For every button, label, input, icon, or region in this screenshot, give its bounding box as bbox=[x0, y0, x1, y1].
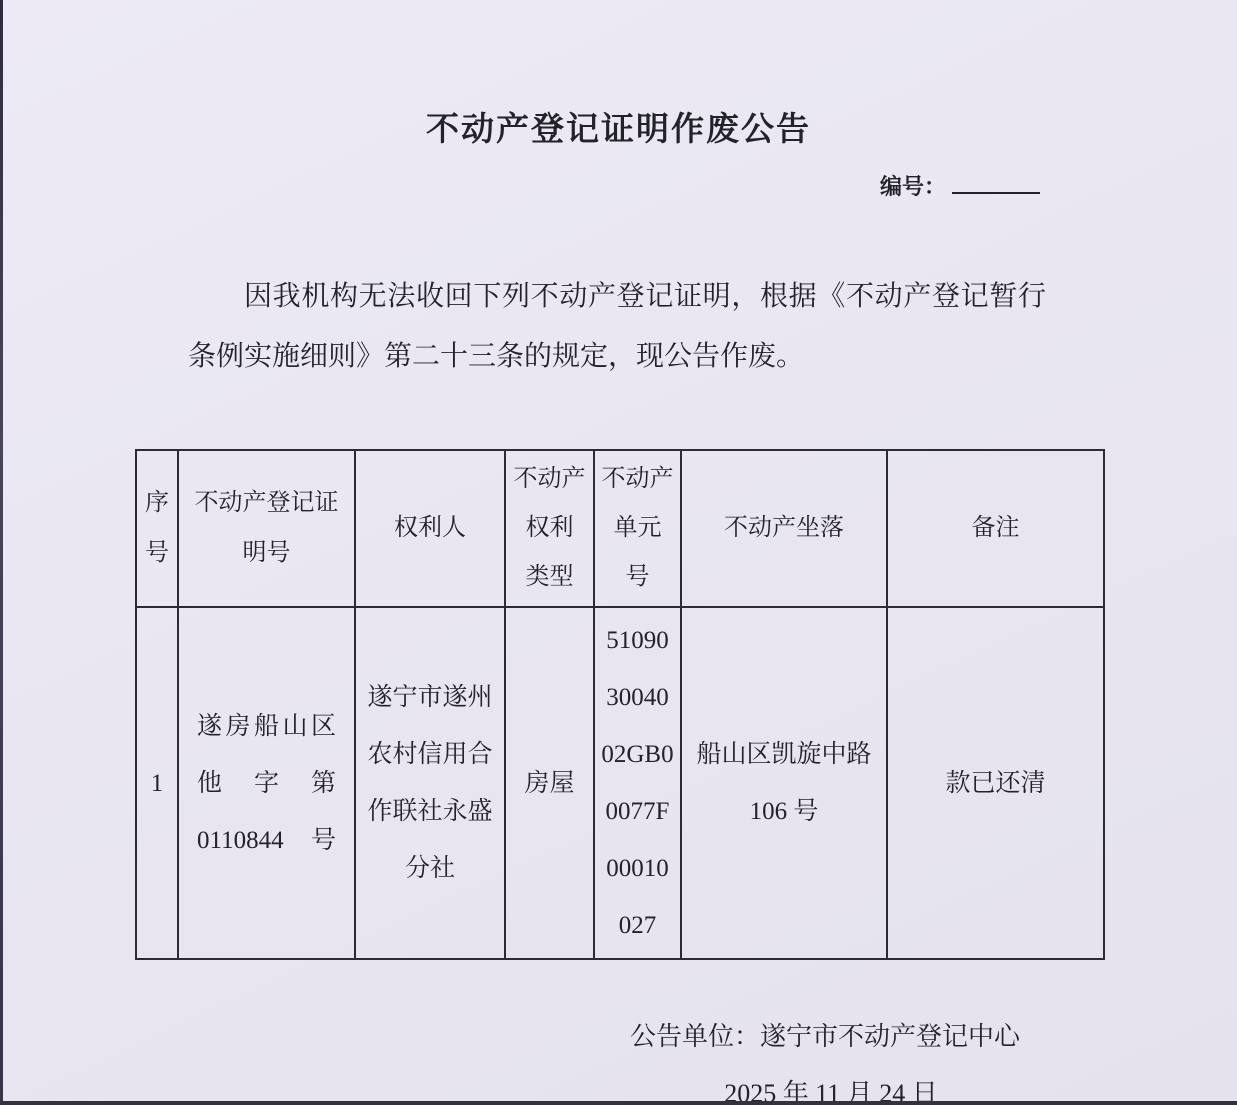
header-unit-no: 不动产 单元 号 bbox=[594, 450, 681, 608]
serial-blank-line bbox=[952, 170, 1040, 194]
scanned-announcement-page: { "title": "不动产登记证明作废公告", "serial": { "l… bbox=[0, 0, 1237, 1105]
header-rights-holder: 权利人 bbox=[355, 450, 505, 608]
header-remarks: 备注 bbox=[887, 450, 1104, 608]
cell-unit-no: 51090 30040 02GB0 0077F 00010 027 bbox=[594, 607, 681, 959]
cell-property-location: 船山区凯旋中路 106 号 bbox=[681, 607, 887, 959]
cell-rights-holder: 遂宁市遂州 农村信用合 作联社永盛 分社 bbox=[355, 607, 505, 959]
serial-number-row: 编号： bbox=[0, 170, 1237, 201]
invalidated-certificates-table: 序 号 不动产登记证 明号 权利人 不动产 权利 类型 不动产 单元 号 不动产… bbox=[135, 449, 1105, 961]
cell-seq-no: 1 bbox=[136, 607, 178, 959]
table-header-row: 序 号 不动产登记证 明号 权利人 不动产 权利 类型 不动产 单元 号 不动产… bbox=[136, 450, 1104, 608]
serial-number-label: 编号： bbox=[880, 174, 946, 199]
table-row: 1 遂房船山区 他字第 0110844 号 遂宁市遂州 农村信用合 作联社永盛 … bbox=[136, 607, 1104, 959]
announcement-footer: 公告单位：遂宁市不动产登记中心 2025 年 11 月 24 日 bbox=[630, 1016, 1032, 1105]
scan-edge-artifact-bottom bbox=[0, 1101, 1237, 1105]
header-right-type: 不动产 权利 类型 bbox=[505, 450, 594, 608]
header-seq-no: 序 号 bbox=[136, 450, 178, 608]
scan-edge-artifact-left bbox=[0, 0, 3, 1105]
announcement-body-paragraph: 因我机构无法收回下列不动产登记证明，根据《不动产登记暂行条例实施细则》第二十三条… bbox=[188, 267, 1046, 387]
cell-right-type: 房屋 bbox=[505, 607, 594, 959]
header-property-location: 不动产坐落 bbox=[681, 450, 887, 608]
header-certificate-no: 不动产登记证 明号 bbox=[178, 450, 355, 608]
announcing-unit-line: 公告单位：遂宁市不动产登记中心 bbox=[630, 1016, 1032, 1053]
document-title: 不动产登记证明作废公告 bbox=[0, 103, 1237, 150]
cell-certificate-no: 遂房船山区 他字第 0110844 号 bbox=[178, 607, 355, 959]
cell-remarks: 款已还清 bbox=[887, 607, 1104, 959]
